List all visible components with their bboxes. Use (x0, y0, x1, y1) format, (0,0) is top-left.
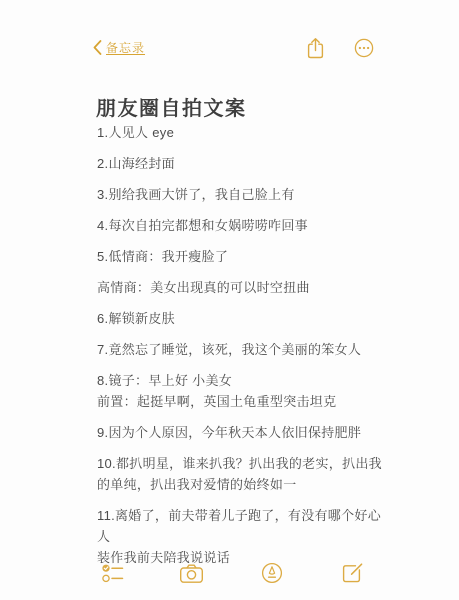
back-button-label: 备忘录 (106, 39, 145, 56)
compose-icon[interactable] (337, 558, 367, 588)
note-paragraph: 5.低情商：我开瘦脸了 (97, 246, 385, 267)
top-nav-bar: 备忘录 (0, 36, 459, 62)
markup-icon[interactable] (257, 558, 287, 588)
camera-icon[interactable] (176, 558, 206, 588)
note-paragraph: 10.都扒明星，谁来扒我？扒出我的老实，扒出我 的单纯，扒出我对爱情的始终如一 (97, 453, 385, 495)
note-paragraph: 3.别给我画大饼了，我自己脸上有 (97, 184, 385, 205)
note-paragraph: 高情商：美女出现真的可以时空扭曲 (97, 277, 385, 298)
note-paragraph: 4.每次自拍完都想和女娲唠唠咋回事 (97, 215, 385, 236)
chevron-left-icon (93, 40, 102, 55)
back-button[interactable]: 备忘录 (93, 39, 145, 56)
share-icon[interactable] (304, 36, 326, 60)
note-paragraph: 8.镜子：早上好 小美女 前置：起挺早啊，英国土龟重型突击坦克 (97, 370, 385, 412)
notes-app-screen: 备忘录 朋友圈自拍文案 1.人见人 eye2.山海经封面3.别给我 (0, 0, 459, 600)
note-paragraph: 7.竟然忘了睡觉，该死，我这个美丽的笨女人 (97, 339, 385, 360)
nav-actions (304, 36, 375, 60)
ellipsis-circle-icon[interactable] (353, 36, 375, 60)
bottom-toolbar (0, 556, 459, 590)
note-paragraph: 6.解锁新皮肤 (97, 308, 385, 329)
checklist-icon[interactable] (98, 558, 128, 588)
note-paragraph: 9.因为个人原因，今年秋天本人依旧保持肥胖 (97, 422, 385, 443)
note-paragraph: 2.山海经封面 (97, 153, 385, 174)
note-paragraph: 1.人见人 eye (97, 122, 385, 143)
note-title: 朋友圈自拍文案 (96, 92, 386, 121)
note-body[interactable]: 1.人见人 eye2.山海经封面3.别给我画大饼了，我自己脸上有4.每次自拍完都… (97, 122, 385, 578)
